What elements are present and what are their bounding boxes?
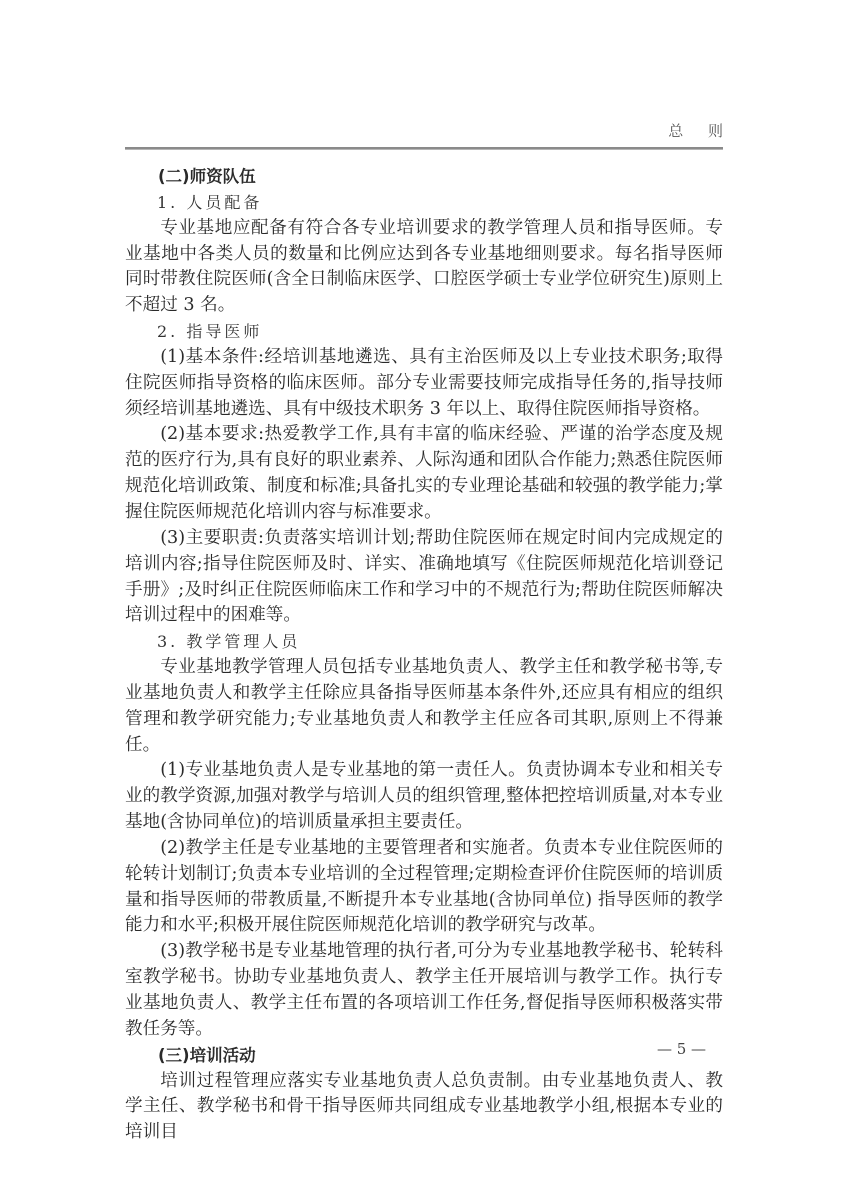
section-heading: (三)培训活动 (125, 1043, 723, 1069)
paragraph: 专业基地教学管理人员包括专业基地负责人、教学主任和教学秘书等,专业基地负责人和教… (125, 655, 723, 758)
paragraph: (3)教学秘书是专业基地管理的执行者,可分为专业基地教学秘书、轮转科室教学秘书。… (125, 939, 723, 1042)
section-heading: (二)师资队伍 (125, 164, 723, 190)
paragraph: 培训过程管理应落实专业基地负责人总负责制。由专业基地负责人、教学主任、教学秘书和… (125, 1069, 723, 1147)
page-number: — 5 — (640, 1040, 723, 1058)
page-body: (二)师资队伍 1. 人员配备 专业基地应配备有符合各专业培训要求的教学管理人员… (125, 164, 723, 1146)
paragraph: (1)基本条件:经培训基地遴选、具有主治医师及以上专业技术职务;取得住院医师指导… (125, 345, 723, 423)
subheading: 1. 人员配备 (125, 190, 723, 216)
paragraph: (3)主要职责:负责落实培训计划;帮助住院医师在规定时间内完成规定的培训内容;指… (125, 526, 723, 629)
paragraph: 专业基地应配备有符合各专业培训要求的教学管理人员和指导医师。专业基地中各类人员的… (125, 216, 723, 319)
running-head-text: 总 则 (668, 122, 733, 140)
paragraph: (2)教学主任是专业基地的主要管理者和实施者。负责本专业住院医师的轮转计划制订;… (125, 836, 723, 939)
paragraph: (2)基本要求:热爱教学工作,具有丰富的临床经验、严谨的治学态度及规范的医疗行为… (125, 422, 723, 525)
subheading: 3. 教学管理人员 (125, 629, 723, 655)
subheading: 2. 指导医师 (125, 319, 723, 345)
header-rule (125, 147, 723, 150)
paragraph: (1)专业基地负责人是专业基地的第一责任人。负责协调本专业和相关专业的教学资源,… (125, 758, 723, 836)
running-head: 总 则 (125, 120, 723, 144)
